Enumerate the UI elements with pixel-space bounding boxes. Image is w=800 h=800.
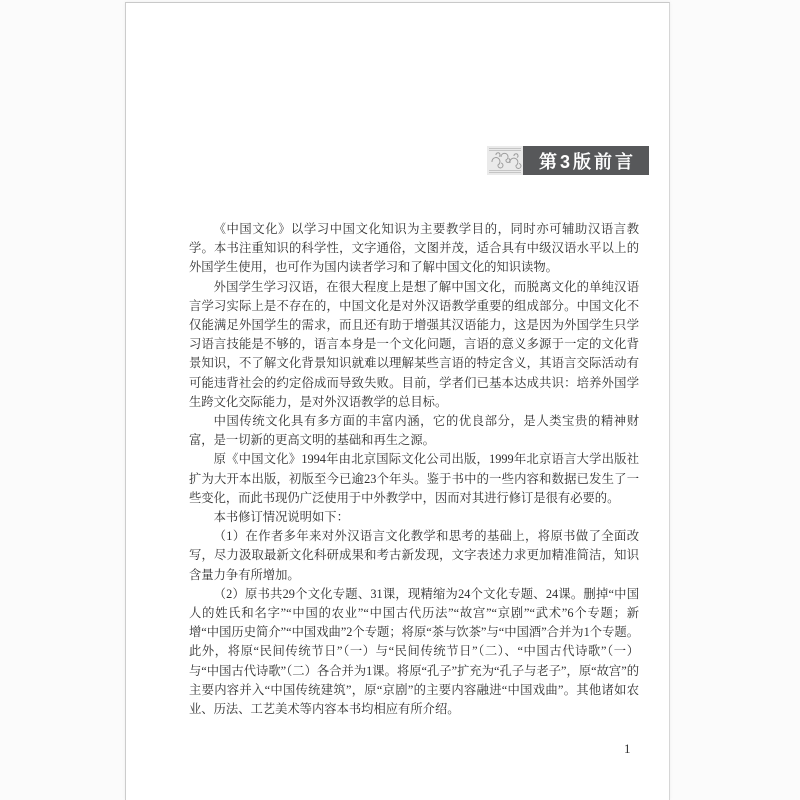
paragraph-revision-item-1: （1）在作者多年来对外汉语言文化教学和思考的基础上，将原书做了全面改写，尽力汲取… xyxy=(189,527,639,585)
chapter-banner: 第3版前言 xyxy=(487,146,649,175)
page-number: 1 xyxy=(624,741,631,757)
chapter-title-box: 第3版前言 xyxy=(523,146,649,175)
book-page: 第3版前言 《中国文化》以学习中国文化知识为主要教学目的，同时亦可辅助汉语言教学… xyxy=(125,2,670,800)
paragraph-teaching-rationale: 外国学生学习汉语，在很大程度上是想了解中国文化，而脱离文化的单纯汉语言学习实际上… xyxy=(189,278,639,412)
paragraph-tradition-value: 中国传统文化具有多方面的丰富内涵，它的优良部分，是人类宝贵的精神财富，是一切新的… xyxy=(189,412,639,450)
cloud-scroll-icon xyxy=(487,146,523,175)
paragraph-publication-history: 原《中国文化》1994年由北京国际文化公司出版，1999年北京语言大学出版社扩为… xyxy=(189,450,639,508)
ornament-box xyxy=(487,146,523,175)
paragraph-revision-item-2: （2）原书共29个文化专题、31课，现精缩为24个文化专题、24课。删掉“中国人… xyxy=(189,585,639,719)
preface-text: 《中国文化》以学习中国文化知识为主要教学目的，同时亦可辅助汉语言教学。本书注重知… xyxy=(189,220,639,719)
chapter-title: 第3版前言 xyxy=(536,148,636,174)
paragraph-revision-intro: 本书修订情况说明如下： xyxy=(189,508,639,527)
paragraph-intro: 《中国文化》以学习中国文化知识为主要教学目的，同时亦可辅助汉语言教学。本书注重知… xyxy=(189,220,639,278)
